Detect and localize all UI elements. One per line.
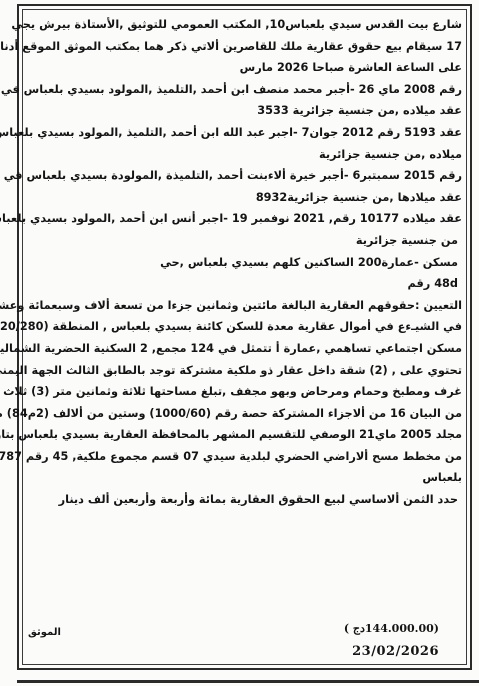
bottom-divider <box>17 680 479 683</box>
notice-line: مسكن -عمارة200 الساكنين كلهم بسيدي بلعبا… <box>30 252 462 274</box>
base-price-figure: (144.000.00دج ) <box>344 622 439 635</box>
notice-line: عقد ميلادها ,من جنسية جزائرية8932 <box>30 187 462 209</box>
notary-signature-label: الموثق <box>28 627 61 638</box>
notice-line: عقد 5193 رقم 2012 جوان7 -اجبر عبد الله ا… <box>30 122 462 144</box>
notice-line: 48d رقم <box>30 273 462 295</box>
notice-line: حدد الثمن ألاساسي لبيع الحقوق العقارية ب… <box>30 489 462 511</box>
notice-line: من مخطط مسح ألاراضي الحضري لبلدية سيدي 0… <box>30 446 462 468</box>
notice-line: في الشيـﺀع في أموال عقارية معدة للسكن كا… <box>30 316 462 338</box>
notice-line: مسكن اجتماعي تساهمي ,عمارة أ تتمثل في 12… <box>30 338 462 360</box>
notice-line: 17 سيقام بيع حقوق عقارية ملك للقاصرين أل… <box>30 36 462 58</box>
notice-line: مجلد 2005 ماي21 الوصفي للتقسيم المشهر با… <box>30 424 462 446</box>
notice-line: من جنسية جزائرية <box>30 230 462 252</box>
notice-line: على الساعة العاشرة صباحا 2026 مارس <box>30 57 462 79</box>
notice-line: من البيان 16 من ألاجزاء المشتركة حصة رقم… <box>30 403 462 425</box>
notice-date: 23/02/2026 <box>352 644 439 659</box>
notice-line: عقد ميلاده 10177 رقم, 2021 نوفمبر 19 -اج… <box>30 208 462 230</box>
notice-line: رقم 2015 سمبتبر6 -أجبر خيرة ألاءبنت أحمد… <box>30 165 462 187</box>
notice-line: شارع بيت القدس سيدي بلعباس10, المكتب الع… <box>30 14 462 36</box>
notice-line: عقد ميلاده ,من جنسية جزائرية 3533 <box>30 100 462 122</box>
auction-notice-body: شارع بيت القدس سيدي بلعباس10, المكتب الع… <box>30 14 462 511</box>
notice-line: التعيين :حقوقهم العقارية البالغة مائتين … <box>30 295 462 317</box>
notice-line: بلعباس <box>30 467 462 489</box>
notice-line: ميلاده ,من جنسية جزائرية <box>30 144 462 166</box>
notice-line: غرف ومطبخ وحمام ومرحاض وبهو مجفف ,تبلغ م… <box>30 381 462 403</box>
notice-line: تحتوي على , (2) شقة داخل عقار ذو ملكية م… <box>30 360 462 382</box>
notice-line: رقم 2008 ماي 26 -أجبر محمد منصف ابن أحمد… <box>30 79 462 101</box>
